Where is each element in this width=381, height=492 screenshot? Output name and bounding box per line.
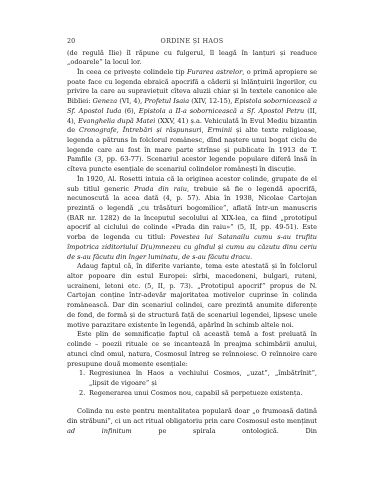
closing-text-italic: ad infinitum	[67, 427, 132, 435]
italic-text: Prada din raiu	[134, 185, 187, 193]
closing-text-end: pe spirala ontologică. Din	[132, 427, 317, 435]
italic-text: Erminii	[208, 126, 233, 134]
text-run: (XIV, 12-15),	[189, 97, 234, 105]
text-run: Adaug faptul că, în diferite variante, t…	[67, 262, 317, 328]
paragraph: (de regulă Ilie) îl răpune cu fulgerul, …	[67, 49, 317, 68]
list-item-text: Regenerarea unui Cosmos nou, capabil să …	[89, 389, 302, 397]
list-item-text: Regresiunea în Haos a vechiului Cosmos, …	[89, 369, 317, 387]
italic-text: Evanghelia după Matei	[78, 117, 155, 125]
running-title: ORDINE ȘI HAOS	[67, 36, 317, 46]
italic-text: Geneza	[93, 97, 118, 105]
text-run: (6),	[121, 107, 138, 115]
list-number: 2.	[79, 389, 85, 399]
text-run: (VI, 4),	[117, 97, 144, 105]
paragraph: În 1920, Al. Rosetti intuia că la origin…	[67, 175, 317, 262]
paragraph: Adaug faptul că, în diferite variante, t…	[67, 262, 317, 330]
paragraph: Este plin de semnificație faptul că acea…	[67, 330, 317, 369]
closing-paragraph: Colinda nu este pentru mentalitatea popu…	[67, 407, 317, 436]
text-run: Este plin de semnificație faptul că acea…	[67, 330, 317, 367]
text-run: (de regulă Ilie) îl răpune cu fulgerul, …	[67, 49, 317, 67]
italic-text: Întrebări și răspunsuri	[123, 126, 202, 134]
body-text: (de regulă Ilie) îl răpune cu fulgerul, …	[67, 49, 317, 437]
italic-text: Furarea astrelor	[187, 68, 242, 76]
running-head: 20 ORDINE ȘI HAOS	[67, 36, 317, 46]
closing-text-start: Colinda nu este pentru mentalitatea popu…	[67, 407, 317, 425]
list-number: 1.	[79, 369, 85, 379]
italic-text: Epistola a II-a sobornicească a Sf. Apos…	[139, 107, 305, 115]
numbered-list: 1. Regresiunea în Haos a vechiului Cosmo…	[67, 369, 317, 398]
italic-text: Profetul Isaia	[144, 97, 189, 105]
list-item: 1. Regresiunea în Haos a vechiului Cosmo…	[67, 369, 317, 388]
paragraphs-container: (de regulă Ilie) îl răpune cu fulgerul, …	[67, 49, 317, 370]
paragraph: În ceea ce privește colindele tip Furare…	[67, 68, 317, 175]
text-run: În ceea ce privește colindele tip	[77, 68, 187, 76]
italic-text: Cronografe	[79, 126, 117, 134]
list-item: 2. Regenerarea unui Cosmos nou, capabil …	[67, 389, 317, 399]
paragraph-gap	[67, 398, 317, 407]
book-page: 20 ORDINE ȘI HAOS (de regulă Ilie) îl ră…	[0, 0, 381, 492]
